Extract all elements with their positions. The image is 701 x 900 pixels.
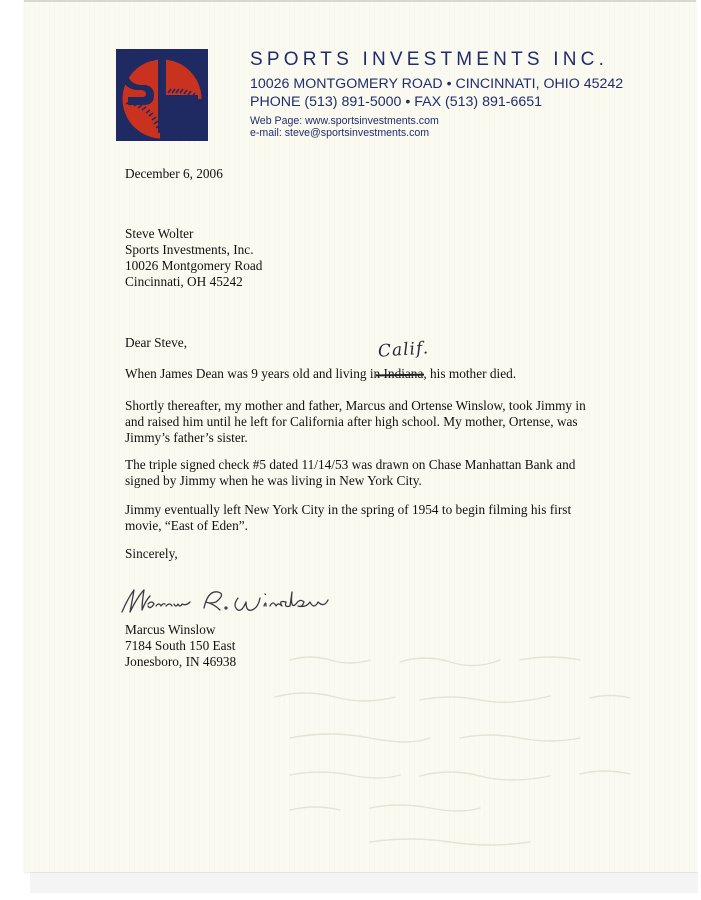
paragraph-1-start: When James Dean was 9 years old and livi… [125, 366, 374, 381]
paragraph-2: Shortly thereafter, my mother and father… [125, 398, 586, 446]
si-baseball-logo-icon [116, 49, 208, 141]
handwritten-signature [118, 578, 388, 622]
company-name: SPORTS INVESTMENTS INC. [250, 49, 608, 71]
sender-street: 7184 South 150 East [125, 638, 236, 654]
letter-date: December 6, 2006 [125, 166, 223, 182]
paragraph-2-line: Shortly thereafter, my mother and father… [125, 398, 586, 414]
paragraph-2-line: and raised him until he left for Califor… [125, 414, 586, 430]
paragraph-1-end: , his mother died. [423, 366, 516, 381]
company-phone-fax: PHONE (513) 891-5000 • FAX (513) 891-665… [250, 94, 542, 110]
struck-word: n Indiana [374, 366, 424, 381]
recipient-name: Steve Wolter [125, 226, 262, 242]
paragraph-3: The triple signed check #5 dated 11/14/5… [125, 457, 575, 489]
paragraph-3-line: The triple signed check #5 dated 11/14/5… [125, 457, 575, 473]
paragraph-3-line: signed by Jimmy when he was living in Ne… [125, 473, 575, 489]
recipient-street: 10026 Montgomery Road [125, 258, 262, 274]
paragraph-2-line: Jimmy’s father’s sister. [125, 430, 586, 446]
scan-bottom-margin [30, 872, 698, 893]
salutation: Dear Steve, [125, 335, 187, 351]
company-web-page: Web Page: www.sportsinvestments.com [250, 115, 439, 127]
paragraph-4-line: Jimmy eventually left New York City in t… [125, 502, 571, 518]
paragraph-4: Jimmy eventually left New York City in t… [125, 502, 571, 534]
struck-out-text: n Indiana [374, 366, 424, 382]
recipient-address-block: Steve Wolter Sports Investments, Inc. 10… [125, 226, 262, 290]
sender-city: Jonesboro, IN 46938 [125, 654, 236, 670]
paragraph-4-line: movie, “East of Eden”. [125, 518, 571, 534]
paragraph-1: When James Dean was 9 years old and livi… [125, 366, 516, 382]
company-email: e-mail: steve@sportsinvestments.com [250, 127, 429, 139]
recipient-city: Cincinnati, OH 45242 [125, 274, 262, 290]
page-top-edge [24, 0, 696, 2]
sender-address-block: Marcus Winslow 7184 South 150 East Jones… [125, 622, 236, 670]
handwritten-correction: Calif. [377, 338, 429, 362]
recipient-company: Sports Investments, Inc. [125, 242, 262, 258]
closing: Sincerely, [125, 546, 178, 562]
company-address: 10026 MONTGOMERY ROAD • CINCINNATI, OHIO… [250, 76, 623, 92]
company-logo [116, 49, 208, 141]
sender-name: Marcus Winslow [125, 622, 236, 638]
